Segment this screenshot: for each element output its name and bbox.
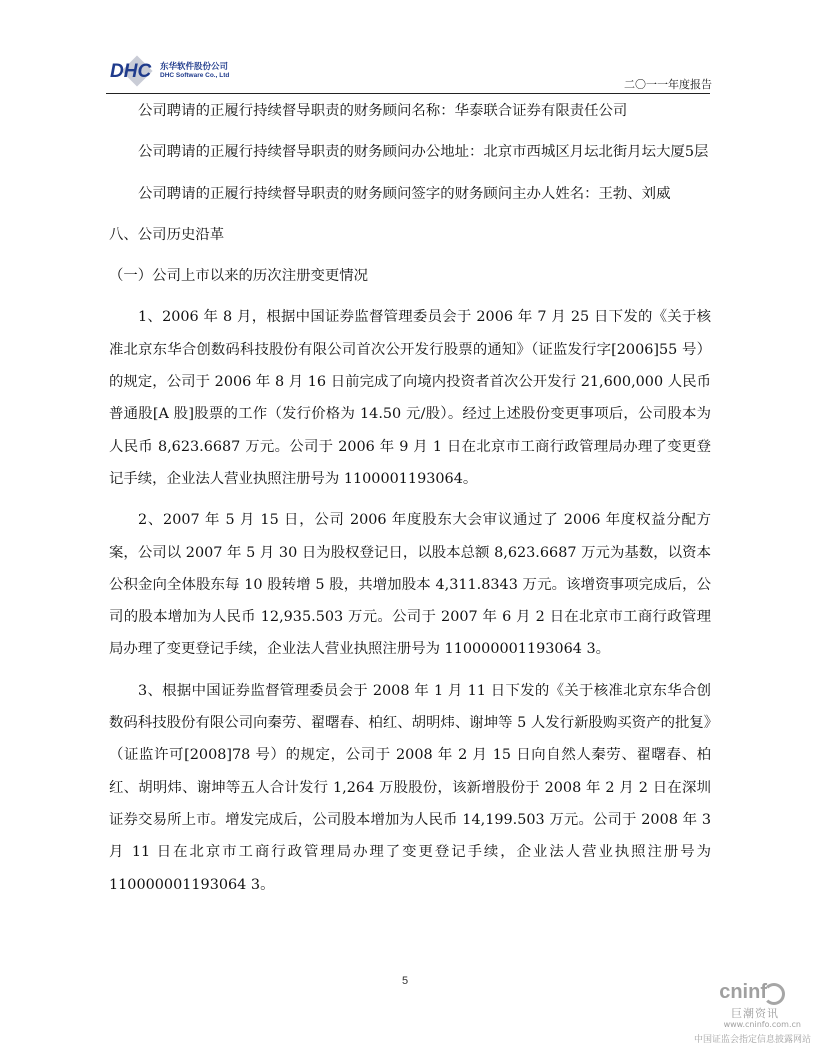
watermark-brand: cninf [719,981,767,1004]
watermark-brand-cn: 巨潮资讯 [731,1005,779,1021]
report-title: 二〇一一年度报告 [624,76,712,92]
header-divider [106,93,710,94]
page-number: 5 [402,975,408,987]
history-item-3: 3、根据中国证券监督管理委员会于 2008 年 1 月 11 日下发的《关于核准… [109,675,711,901]
document-body: 公司聘请的正履行持续督导职责的财务顾问名称：华泰联合证券有限责任公司 公司聘请的… [109,95,711,901]
company-logo: DHC 东华软件股份公司 DHC Software Co., Ltd [108,56,248,88]
history-item-1: 1、2006 年 8 月，根据中国证券监督管理委员会于 2006 年 7 月 2… [109,301,711,495]
advisor-address-paragraph: 公司聘请的正履行持续督导职责的财务顾问办公地址：北京市西城区月坛北街月坛大厦5层 [109,136,711,168]
advisor-name-paragraph: 公司聘请的正履行持续督导职责的财务顾问名称：华泰联合证券有限责任公司 [109,95,711,127]
advisor-signers-paragraph: 公司聘请的正履行持续督导职责的财务顾问签字的财务顾问主办人姓名：王勃、刘威 [109,178,711,210]
logo-company-cn: 东华软件股份公司 [160,60,228,72]
logo-company-en: DHC Software Co., Ltd [160,72,229,79]
subsection-heading: （一）公司上市以来的历次注册变更情况 [109,260,711,292]
section-heading: 八、公司历史沿革 [109,219,711,251]
history-item-2: 2、2007 年 5 月 15 日，公司 2006 年度股东大会审议通过了 20… [109,504,711,665]
logo-mark: DHC [110,61,151,83]
watermark-description: 中国证监会指定信息披露网站 [694,1032,811,1045]
watermark-url: www.cninfo.com.cn [724,1020,801,1029]
